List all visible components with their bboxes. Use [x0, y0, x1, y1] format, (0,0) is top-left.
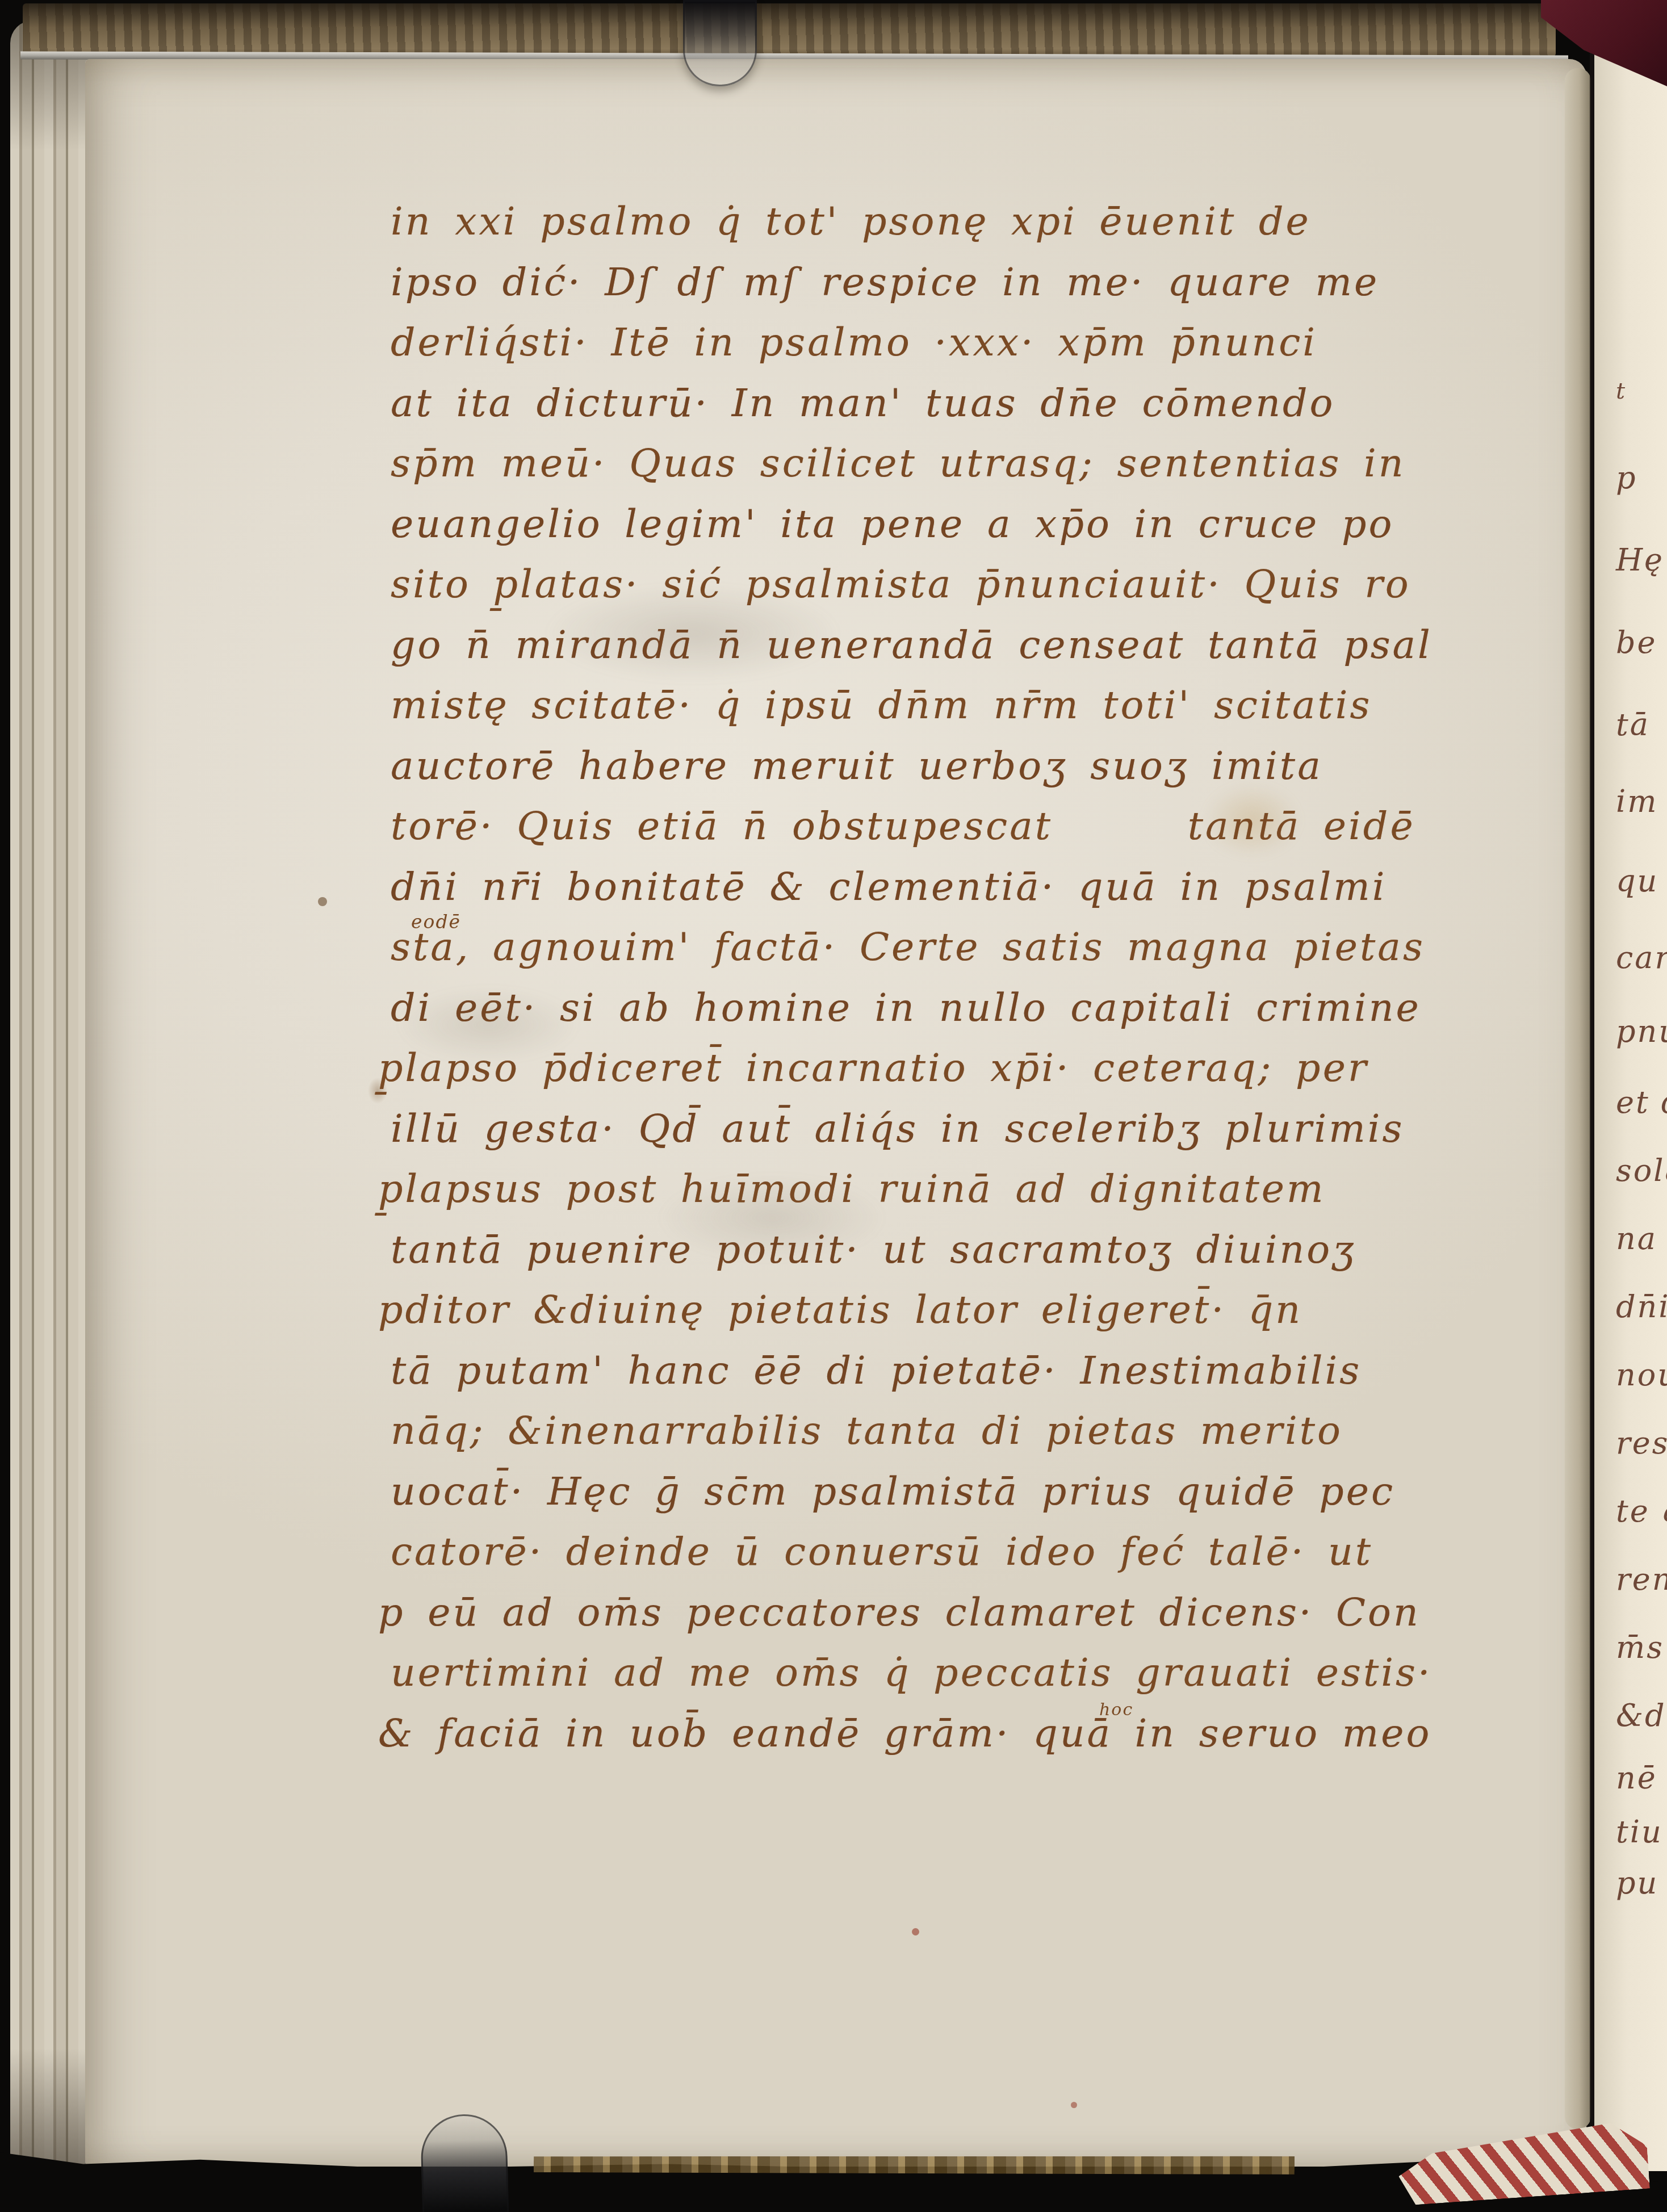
page-clamp-top [683, 0, 757, 86]
book-top-edge [23, 3, 1556, 57]
text-line: & faciā in uob̄ eandē grām· quā in seruo… [378, 1704, 1515, 1765]
text-line: tā putam' hanc ēē di pietatē· Inestimabi… [391, 1341, 1515, 1402]
facing-page-fragment: tā [1616, 707, 1650, 743]
facing-page-fragment: m̄s [1616, 1629, 1664, 1665]
facing-page-fragment: pnu [1616, 1013, 1667, 1049]
text-line: uertimini ad me om̄s q̇ peccatis grauati… [391, 1643, 1515, 1704]
facing-page-fragment: ren [1616, 1561, 1667, 1597]
facing-page-fragment: im [1616, 784, 1658, 819]
text-line: derliq́sti· Itē in psalmo ·xxx· xp̄m p̄n… [391, 313, 1515, 374]
text-line: pditor &diuinę pietatis lator eligeret̄·… [378, 1280, 1515, 1341]
facing-page-fragment: be [1616, 625, 1657, 660]
text-line: tantā puenire potuit· ut sacramtoʒ diuin… [391, 1220, 1515, 1281]
page-clamp-bottom [420, 2113, 509, 2212]
facing-page-fragment: nou [1616, 1357, 1667, 1393]
facing-page-fragment: tiu [1616, 1814, 1663, 1850]
text-line: go n̄ mirandā n̄ uenerandā censeat tantā… [391, 615, 1515, 676]
text-line: uocat̄· Hęc ḡ sc̄m psalmistā prius quidē… [391, 1462, 1515, 1523]
text-line: sito p̱latas· sić psalmista p̄nunciauit·… [391, 555, 1515, 615]
text-line: illū gesta· Qd̄ aut̄ aliq́s in sceleribʒ… [391, 1099, 1515, 1160]
text-line: at ita dicturū· In man' tuas dn̄e cōmend… [391, 374, 1515, 434]
text-line: torē· Quis etiā n̄ obstupescat tantā eid… [391, 797, 1515, 857]
red-speck [1071, 2102, 1077, 2108]
text-line: dn̄i nr̄i bonitatē & clementiā· quā in p… [391, 857, 1515, 918]
facing-page-fragment: pu [1616, 1865, 1658, 1901]
facing-page-fragment: te q [1616, 1493, 1667, 1529]
text-line: sta, agnouim' factā· Certe satis magna p… [391, 918, 1515, 978]
facing-page-fragment: p [1616, 460, 1637, 496]
text-line: p̱lapso p̄diceret̄ incarnatio xp̄i· cete… [378, 1038, 1515, 1099]
manuscript-photo: in xxi psalmo q̇ tot' psonę xpi ēuenit d… [0, 0, 1667, 2212]
text-line: mistę scitatē· q̇ ipsū dn̄m nr̄m toti' s… [391, 676, 1515, 736]
interlinear-gloss: hoc [1099, 1700, 1133, 1720]
facing-page-fragment: Hę [1616, 542, 1664, 578]
facing-page-fragment: t [1616, 378, 1627, 404]
facing-page-fragment: et d [1616, 1084, 1667, 1120]
text-line: euangelio legim' ita pene a xp̄o in cruc… [391, 495, 1515, 555]
red-speck [912, 1928, 919, 1935]
text-line: nāq; &inenarrabilis tanta di pietas meri… [391, 1401, 1515, 1462]
book-fore-edge [10, 20, 95, 2178]
facing-page-fragment: &d [1616, 1698, 1666, 1733]
facing-page-fragment: dn̄i [1616, 1289, 1667, 1325]
page-right-leaf-edge [1565, 68, 1591, 2129]
text-line: ipso dić· Dſ dſ mſ respice in me· quare … [391, 253, 1515, 313]
interlinear-gloss: eodē [411, 911, 461, 933]
facing-page-fragment: car [1616, 940, 1667, 975]
text-line: di eēt· si ab homine in nullo capitali c… [391, 978, 1515, 1039]
text-line: catorē· deinde ū conuersū ideo feć talē·… [391, 1522, 1515, 1583]
text-line: p̱lapsus post huīmodi ruinā ad dignitate… [378, 1159, 1515, 1220]
text-block: in xxi psalmo q̇ tot' psonę xpi ēuenit d… [391, 192, 1515, 1764]
text-line: sp̄m meū· Quas scilicet utrasq; sententi… [391, 434, 1515, 495]
facing-page-fragment: sola [1616, 1153, 1667, 1188]
facing-page-fragment: resu [1616, 1425, 1667, 1461]
ink-speck [318, 897, 327, 906]
text-line: in xxi psalmo q̇ tot' psonę xpi ēuenit d… [391, 192, 1515, 253]
text-line: p eū ad om̄s peccatores clamaret dicens·… [378, 1583, 1515, 1644]
facing-page-fragment: qu [1616, 863, 1658, 899]
facing-page-fragment: nē [1616, 1760, 1657, 1796]
text-line: auctorē habere meruit uerboʒ suoʒ imita [391, 736, 1515, 797]
facing-page-fragment: na [1616, 1221, 1657, 1256]
